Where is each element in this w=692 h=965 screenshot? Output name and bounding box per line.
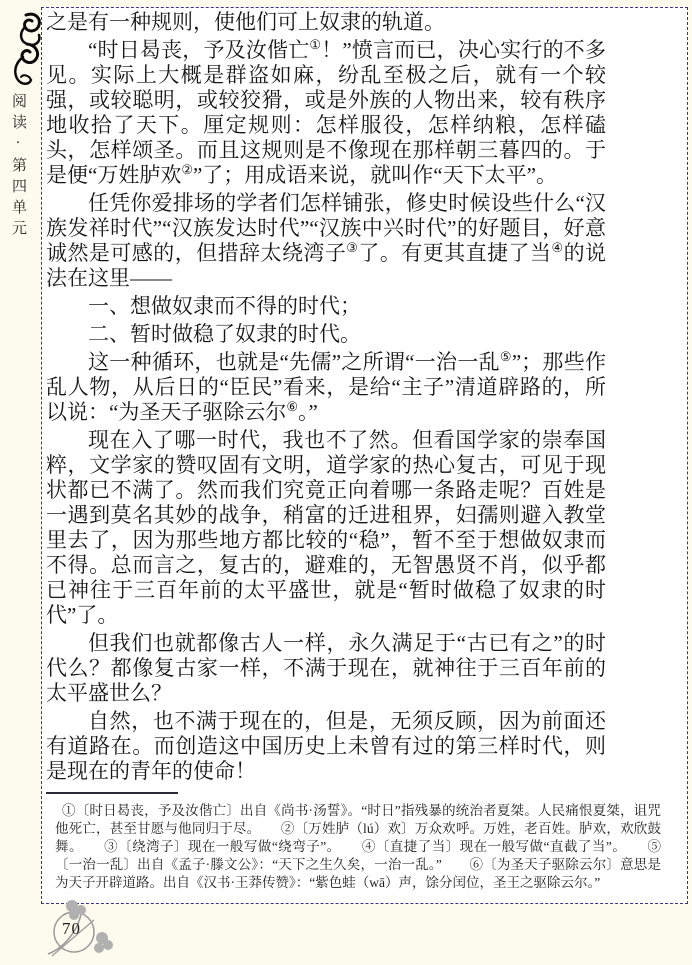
textbook-page: 阅读·第四单元 之是有一种规则，使他们可上奴隶的轨道。“时日曷丧，予及汝偕亡①！… <box>0 0 692 965</box>
paragraph: 之是有一种规则，使他们可上奴隶的轨道。 <box>46 10 606 35</box>
paragraph: 现在入了哪一时代，我也不了然。但看国学家的崇奉国粹，文学家的赞叹固有文明，道学家… <box>46 428 606 628</box>
footnote-ref: ① <box>309 37 321 52</box>
paragraph: 任凭你爱排场的学者们怎样铺张，修史时候设些什么“汉族发祥时代”“汉族发达时代”“… <box>46 191 606 291</box>
paragraph: “时日曷丧，予及汝偕亡①！”愤言而已，决心实行的不多见。实际上大概是群盗如麻，纷… <box>46 38 606 188</box>
page-number-area: 70 <box>36 898 120 960</box>
footnote-ref: ⑥ <box>286 399 298 414</box>
footnote-ref: ④ <box>551 240 563 255</box>
body-paragraphs: 之是有一种规则，使他们可上奴隶的轨道。“时日曷丧，予及汝偕亡①！”愤言而已，决心… <box>46 10 606 787</box>
paragraph: 自然，也不满于现在的，但是，无须反顾，因为前面还有道路在。而创造这中国历史上未曾… <box>46 709 606 784</box>
sidebar-unit-label: 阅读·第四单元 <box>8 93 29 241</box>
footnotes-text: ①〔时日曷丧，予及汝偕亡〕出自《尚书·汤誓》。“时日”指残暴的统治者夏桀。人民痛… <box>55 802 661 892</box>
ink-flourish-icon <box>5 11 45 91</box>
paragraph: 二、暂时做稳了奴隶的时代。 <box>46 322 606 347</box>
paragraph: 但我们也就都像古人一样，永久满足于“古已有之”的时代么？都像复古家一样，不满于现… <box>46 631 606 706</box>
paragraph: 一、想做奴隶而不得的时代； <box>46 294 606 319</box>
footnote-ref: ③ <box>346 240 358 255</box>
footnote-ref: ② <box>181 162 193 177</box>
footnote-separator <box>46 792 178 794</box>
page-number: 70 <box>62 919 81 939</box>
footnote-ref: ⑤ <box>500 349 512 364</box>
content-box: 之是有一种规则，使他们可上奴隶的轨道。“时日曷丧，予及汝偕亡①！”愤言而已，决心… <box>41 7 688 904</box>
paragraph: 这一种循环，也就是“先儒”之所谓“一治一乱⑤”；那些作乱人物，从后日的“臣民”看… <box>46 350 606 425</box>
